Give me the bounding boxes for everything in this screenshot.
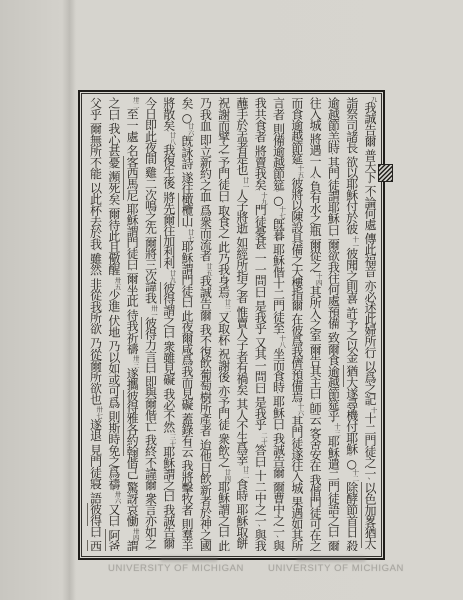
verse-number: 十八 xyxy=(278,335,285,348)
text-run: 名 xyxy=(125,144,139,155)
text-run: 在彼爲我儕預備焉 xyxy=(290,313,304,401)
verse-number: 十二 xyxy=(351,469,358,482)
text-run: 則備逾越節筵 xyxy=(272,122,286,190)
text-run: 師云 xyxy=(308,402,322,424)
punctuation-mark: 、 xyxy=(161,547,169,551)
text-run: 非從我所欲 xyxy=(89,278,103,334)
text-run: 待我祈禱 xyxy=(125,309,139,353)
verse-number: 十五 xyxy=(297,165,304,178)
verse-number: 卅五 xyxy=(114,277,121,290)
proper-name: 以色加畧猶大 xyxy=(361,482,377,548)
punctuation-mark: 、 xyxy=(179,167,187,173)
punctuation-mark: 、 xyxy=(362,181,370,187)
punctuation-mark: 。 xyxy=(142,547,150,551)
text-run: 惟賣人子者有禍矣 xyxy=(235,306,249,395)
verse-number: 九 xyxy=(370,97,377,103)
punctuation-mark: 、 xyxy=(88,487,96,493)
punctuation-mark: 、 xyxy=(197,319,205,325)
verse-number: 十三 xyxy=(333,423,340,436)
text-run: 謂之曰 xyxy=(162,304,176,337)
verse-number: 廿七 xyxy=(187,229,194,242)
text-run: 我心甚憂 xyxy=(107,122,121,167)
text-run: 答曰 xyxy=(253,444,267,467)
library-watermark-right: UNIVERSITY OF MICHIGAN xyxy=(268,563,404,574)
text-run: 祝謝後 xyxy=(217,348,231,382)
text-run: 蓋錄有云 xyxy=(180,412,194,456)
text-run: 食時 xyxy=(235,478,249,500)
punctuation-mark: 、 xyxy=(124,268,132,274)
verse-number: 三十 xyxy=(169,434,176,447)
verse-number: 卅三 xyxy=(132,355,139,368)
punctuation-mark: 、 xyxy=(325,535,333,541)
scanned-page-background: 九我誠告爾、普天下、不論何處、傳此福音、亦必述此婦所行、以爲之記。十十二門徒之一… xyxy=(0,0,463,600)
verse-number: 十 xyxy=(370,407,377,414)
proper-name: 加利利 xyxy=(160,235,176,268)
punctuation-mark: 、 xyxy=(271,391,279,397)
text-run: 亦必述此婦所行 xyxy=(363,280,377,358)
text-run: 又取杯 xyxy=(217,311,231,345)
punctuation-mark: 、 xyxy=(88,535,96,541)
punctuation-mark: 、 xyxy=(88,248,96,254)
punctuation-mark: 、 xyxy=(271,118,279,124)
punctuation-mark: 、 xyxy=(252,524,260,530)
text-run: 爾從之 xyxy=(308,238,322,271)
verse-number: 十六 xyxy=(297,403,304,416)
punctuation-mark: 、 xyxy=(234,301,242,307)
text-run: ○ xyxy=(345,457,359,470)
faint-print-artifact xyxy=(160,556,218,562)
text-run: 欲以耶穌付於彼 xyxy=(345,156,359,234)
text-run: 旣暮 xyxy=(272,218,286,241)
punctuation-mark: 、 xyxy=(106,203,114,209)
text-run: 將先爾往 xyxy=(162,191,176,235)
punctuation-mark: 、 xyxy=(161,336,169,342)
punctuation-mark: 、 xyxy=(216,152,224,158)
punctuation-mark: 、 xyxy=(197,129,205,135)
text-run: 雖然 xyxy=(89,252,103,275)
proper-name: 彼得 xyxy=(87,503,103,525)
text-run: 是我乎 xyxy=(253,300,267,334)
punctuation-mark: 、 xyxy=(344,302,352,308)
text-run: 此乃我身焉 xyxy=(217,241,231,297)
punctuation-mark: 、 xyxy=(234,393,242,399)
punctuation-mark: 、 xyxy=(179,513,187,519)
punctuation-mark: 、 xyxy=(271,428,279,434)
text-run: 乃以如或可爲 xyxy=(107,340,121,407)
verse-number: 卅四 xyxy=(132,528,139,541)
punctuation-mark: 、 xyxy=(307,469,315,475)
punctuation-mark: 、 xyxy=(289,308,297,314)
punctuation-mark: 、 xyxy=(252,140,260,146)
text-run: 即與爾偕亡 xyxy=(143,375,157,431)
text-run: 旣詠詩 xyxy=(180,135,194,168)
punctuation-mark: 、 xyxy=(344,360,352,366)
punctuation-mark: 、 xyxy=(197,434,205,440)
text-run: 我終不諱爾 xyxy=(143,434,157,490)
punctuation-mark: 、 xyxy=(179,408,187,414)
text-run: 遂尋機付耶穌 xyxy=(345,387,359,454)
text-run: 耶穌謂之曰 xyxy=(217,481,231,537)
text-run: 衆雖見礙 xyxy=(162,341,176,385)
text-run: 除酵節首日 xyxy=(345,481,359,537)
punctuation-mark: 、 xyxy=(161,499,169,505)
text-run: 以爲之記 xyxy=(363,360,377,404)
text-run: 十二門徒之一 xyxy=(363,412,377,478)
text-run: 致爾食逾越節筵乎 xyxy=(326,331,340,421)
punctuation-mark: 、 xyxy=(234,499,242,505)
text-run: 將賣我矣 xyxy=(253,145,267,190)
text-run: 乃從爾所欲也 xyxy=(89,337,103,404)
text-run: 普天下 xyxy=(363,149,377,182)
punctuation-mark: 、 xyxy=(124,198,132,204)
punctuation-mark: 、 xyxy=(88,118,96,124)
text-run: 人子將逝 xyxy=(235,189,249,233)
text-run: 負有水之瓶 xyxy=(308,180,322,235)
text-run: 遂攜 xyxy=(125,367,139,389)
punctuation-mark: 、 xyxy=(124,140,132,146)
punctuation-mark: 、 xyxy=(307,422,315,428)
text-run: 許予之以金 xyxy=(345,306,359,362)
proper-name: 彼得 xyxy=(160,282,176,304)
text-run: 見門徒寢 xyxy=(89,444,103,489)
text-run: 則斯時免之爲禱 xyxy=(107,410,121,489)
punctuation-mark: 、 xyxy=(234,547,242,551)
punctuation-mark: 、 xyxy=(88,439,96,445)
punctuation-mark: 、 xyxy=(325,327,333,333)
punctuation-mark: 、 xyxy=(307,397,315,403)
text-run: 力言曰 xyxy=(143,339,157,372)
punctuation-mark: 、 xyxy=(307,234,315,240)
text-run: 客舍安在 xyxy=(308,427,322,471)
verse-number: 廿五 xyxy=(205,263,212,276)
text-run: 其門徒遂往入城 xyxy=(290,415,304,492)
text-run: 爲衆而流者 xyxy=(198,204,212,260)
punctuation-mark: 、 xyxy=(271,476,279,482)
punctuation-mark: 、 xyxy=(142,162,150,168)
punctuation-mark: 。 xyxy=(179,107,187,113)
punctuation-mark: 、 xyxy=(344,535,352,541)
punctuation-mark: 、 xyxy=(88,177,96,183)
verse-number: 廿一 xyxy=(242,177,249,190)
punctuation-mark: 、 xyxy=(88,273,96,279)
verse-number: 卅二 xyxy=(132,97,139,109)
punctuation-mark: 、 xyxy=(106,406,114,412)
punctuation-mark: 、 xyxy=(307,129,315,135)
text-run: 雞二次鳴之先 xyxy=(143,167,157,234)
text-run: 耶穌偕十二門徒至 xyxy=(272,243,286,333)
text-run: 耶穌曰 xyxy=(272,395,286,429)
text-run: 我必不然 xyxy=(162,388,176,432)
punctuation-mark: 、 xyxy=(289,491,297,497)
punctuation-mark: 、 xyxy=(325,152,333,158)
text-run: 一一問曰 xyxy=(253,252,267,297)
punctuation-mark: 、 xyxy=(307,176,315,182)
verse-number: 十七 xyxy=(278,206,285,219)
punctuation-mark: 、 xyxy=(161,383,169,389)
proper-name: 彼得雅各約翰 xyxy=(123,390,139,457)
punctuation-mark: 、 xyxy=(161,187,169,193)
text-run: 我不復飲葡萄樹所產者 xyxy=(198,323,212,436)
text-run: 偕己 xyxy=(125,456,139,478)
punctuation-mark: 、 xyxy=(179,305,187,311)
text-run: 其所入之室 xyxy=(308,285,322,340)
text-run: ○ xyxy=(272,193,286,206)
punctuation-mark: 、 xyxy=(252,391,260,397)
text-run: 我誠告爾 xyxy=(363,102,377,146)
text-run: 耶穌謂之曰 xyxy=(162,446,176,501)
library-watermark-left: UNIVERSITY OF MICHIGAN xyxy=(108,563,244,574)
verse-number: 卅六 xyxy=(114,491,121,504)
punctuation-mark: 、 xyxy=(106,310,114,316)
text-run: 父乎 xyxy=(89,97,103,119)
hatched-tab-ornament-icon xyxy=(378,164,393,182)
text-run: 爾將三次諱我 xyxy=(143,236,157,303)
punctuation-mark: 。 xyxy=(271,189,279,195)
punctuation-mark: 、 xyxy=(106,524,114,530)
punctuation-mark: 、 xyxy=(325,234,333,240)
verse-number: 十一 xyxy=(351,236,358,249)
text-run: 驚訝哀慟 xyxy=(125,481,139,525)
text-run: 又其一問曰 xyxy=(253,337,267,393)
text-run: 如經所指之者 xyxy=(235,236,249,303)
verse-number: 卅一 xyxy=(150,305,157,318)
text-run: 亦予門徒 xyxy=(217,385,231,430)
punctuation-mark: 、 xyxy=(124,477,132,483)
verse-number: 卅七 xyxy=(95,406,102,419)
text-run: 少進 xyxy=(107,289,121,312)
punctuation-mark: 、 xyxy=(88,332,96,338)
punctuation-mark: 、 xyxy=(216,380,224,386)
text-run: 其人不生爲幸 xyxy=(235,398,249,465)
text-run: 耶穌遣二門徒語之曰 xyxy=(326,435,340,536)
punctuation-mark: 、 xyxy=(252,247,260,253)
text-run: 我將擊牧者 xyxy=(180,460,194,515)
text-run: 爾待此且儆醒 xyxy=(107,207,121,274)
text-run: 不論何處 xyxy=(363,185,377,229)
text-run: 耶穌謂門徒曰 xyxy=(125,203,139,270)
punctuation-mark: 、 xyxy=(252,465,260,471)
punctuation-mark: 、 xyxy=(252,295,260,301)
punctuation-mark: 、 xyxy=(234,232,242,238)
punctuation-mark: 、 xyxy=(124,304,132,310)
text-run: 即立新約之血 xyxy=(198,134,212,202)
text-run: 我誠告爾 xyxy=(272,432,286,477)
text-run: 門徒憂甚 xyxy=(253,204,267,249)
text-run: 遂退 xyxy=(89,418,103,441)
text-run: 爾坐此 xyxy=(125,273,139,306)
punctuation-mark: 、 xyxy=(216,343,224,349)
punctuation-mark: 、 xyxy=(106,335,114,341)
punctuation-mark: 、 xyxy=(362,477,370,483)
punctuation-mark: 、 xyxy=(216,428,224,434)
text-run: 以此杯去於我 xyxy=(89,182,103,249)
punctuation-mark: 、 xyxy=(362,356,370,362)
verse-number: 廿九 xyxy=(169,270,176,283)
text-run: 爾欲我往何處預備 xyxy=(326,238,340,328)
text-run: 其門徒謂耶穌曰 xyxy=(326,156,340,235)
scripture-text: 九我誠告爾、普天下、不論何處、傳此福音、亦必述此婦所行、以爲之記。十十二門徒之一… xyxy=(86,97,379,551)
text-run: 十二中之一 xyxy=(253,469,267,525)
verse-number: 廿二 xyxy=(242,466,249,479)
text-run: 祝謝而擘之 xyxy=(217,97,231,153)
text-run: 予門徒曰 xyxy=(217,156,231,201)
proper-name: 橄欖山 xyxy=(178,193,194,226)
punctuation-mark: 、 xyxy=(106,118,114,124)
punctuation-mark: 、 xyxy=(142,429,150,435)
punctuation-mark: 、 xyxy=(362,275,370,281)
punctuation-mark: 、 xyxy=(142,232,150,238)
punctuation-mark: 、 xyxy=(362,547,370,551)
punctuation-mark: 、 xyxy=(252,332,260,338)
text-run: 耶穌謂門徒曰 xyxy=(180,241,194,307)
text-run: 我誠告爾 xyxy=(162,504,176,548)
text-run: 我復生後 xyxy=(162,144,176,188)
text-run: 坐而食時 xyxy=(272,347,286,392)
punctuation-mark: 、 xyxy=(307,339,315,345)
punctuation-mark: 、 xyxy=(362,228,370,234)
punctuation-mark: 、 xyxy=(106,166,114,172)
verse-number: 十九 xyxy=(260,192,267,205)
text-run: 取食之 xyxy=(217,204,231,238)
text-run: 爾告其主曰 xyxy=(308,344,322,399)
text-run: 瀕死矣 xyxy=(107,170,121,204)
text-run: 又曰 xyxy=(107,503,121,526)
text-run: 我誠告爾 xyxy=(198,275,212,320)
text-run: 衆飲之 xyxy=(217,433,231,467)
text-run: 詣祭司諸長 xyxy=(345,97,359,153)
punctuation-mark: 、 xyxy=(179,455,187,461)
punctuation-mark: 、 xyxy=(271,239,279,245)
text-run: 至一處 xyxy=(125,108,139,141)
verse-number: 廿四 xyxy=(223,469,230,482)
punctuation-mark: 、 xyxy=(216,200,224,206)
punctuation-mark: 、 xyxy=(197,200,205,206)
punctuation-mark: 、 xyxy=(271,535,279,541)
text-run: 遂往 xyxy=(180,171,194,193)
text-run: 爾曹中之一 xyxy=(272,480,286,536)
punctuation-mark: 、 xyxy=(142,371,150,377)
proper-name: 客西馬尼 xyxy=(123,156,139,200)
proper-name: 阿爸 xyxy=(105,529,121,551)
proper-name: 猶大 xyxy=(343,365,359,387)
verse-number: 廿八 xyxy=(169,132,176,145)
text-run: 傳此福音 xyxy=(363,232,377,276)
punctuation-mark: 、 xyxy=(216,236,224,242)
text-run: 今日即此夜間 xyxy=(143,97,157,164)
proper-name: 彼得 xyxy=(141,317,157,339)
text-run: 彼將以陳設具備之大樓指爾 xyxy=(290,177,304,310)
text-run: 此夜爾咸爲我而見礙 xyxy=(180,310,194,409)
text-run: 衆言亦如之 xyxy=(143,492,157,548)
punctuation-mark: 、 xyxy=(344,151,352,157)
text-run: 語 xyxy=(89,492,103,503)
verse-number: 廿三 xyxy=(223,299,230,312)
punctuation-mark: 、 xyxy=(362,144,370,150)
text-run: 是我乎 xyxy=(253,396,267,430)
punctuation-mark: 、 xyxy=(216,535,224,541)
punctuation-mark: 、 xyxy=(142,488,150,494)
text-run: 伏地 xyxy=(107,314,121,337)
text-run: 將遇一人 xyxy=(308,133,322,177)
punctuation-mark: 。 xyxy=(344,453,352,459)
verse-number: 廿六 xyxy=(187,123,194,136)
verse-number: 二十 xyxy=(260,432,267,445)
book-gutter-shadow xyxy=(62,0,76,600)
text-run: 彼聞之則喜 xyxy=(345,248,359,304)
faint-print-artifact xyxy=(296,556,366,562)
verse-number: 十四 xyxy=(315,273,322,286)
text-run: 耶穌取餅 xyxy=(235,504,249,548)
text-run: 爾無所不能 xyxy=(89,122,103,178)
